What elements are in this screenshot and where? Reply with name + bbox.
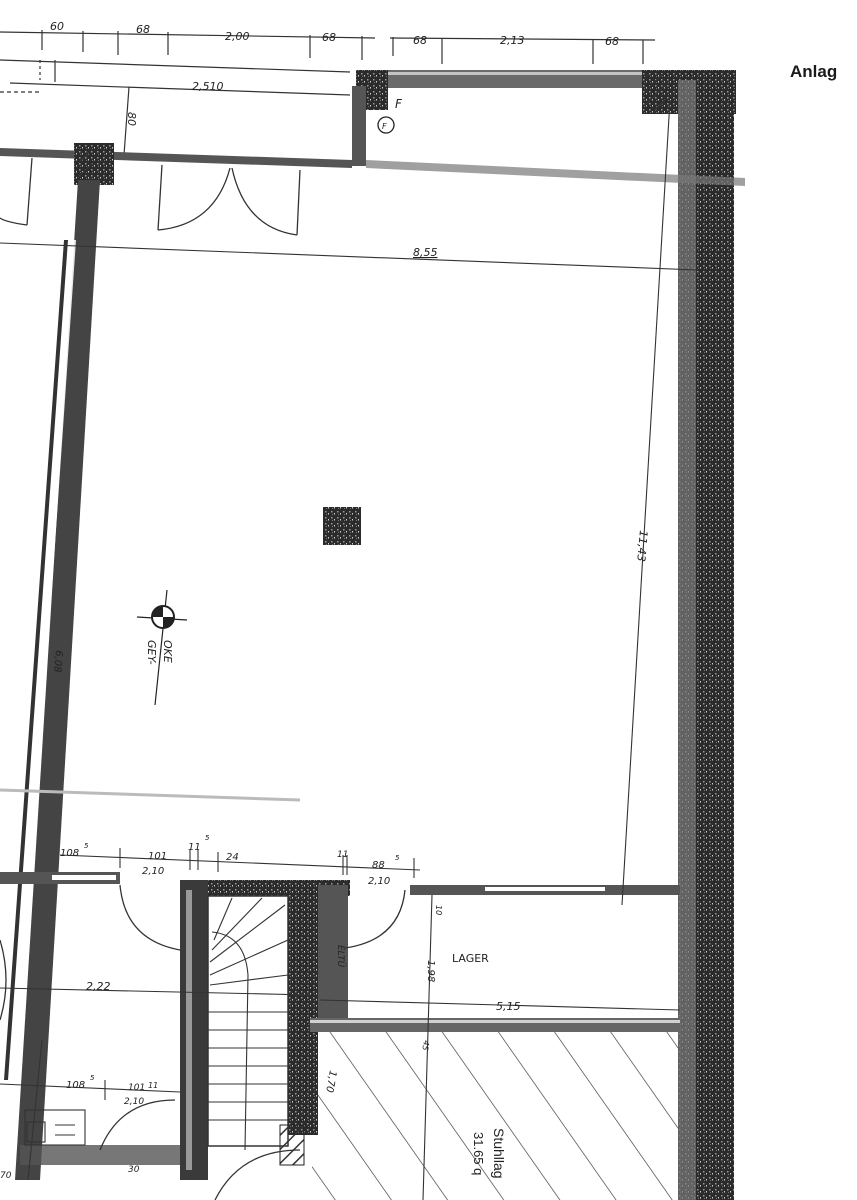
svg-text:5: 5 bbox=[395, 854, 400, 862]
svg-text:10: 10 bbox=[434, 905, 443, 915]
svg-text:ELTÜ: ELTÜ bbox=[335, 945, 346, 968]
svg-text:5,15: 5,15 bbox=[496, 1000, 521, 1013]
svg-text:108: 108 bbox=[60, 848, 79, 859]
svg-text:88: 88 bbox=[372, 860, 385, 871]
svg-text:68: 68 bbox=[413, 34, 427, 47]
walls bbox=[0, 70, 745, 1200]
svg-text:OKE: OKE bbox=[161, 640, 174, 663]
svg-text:2,10: 2,10 bbox=[124, 1097, 144, 1107]
left-wall-label: 6,08 bbox=[51, 650, 64, 673]
room-area-stuhllager: 31.65 q bbox=[471, 1132, 486, 1175]
svg-text:F: F bbox=[395, 97, 403, 111]
left-wall bbox=[15, 180, 100, 1180]
top-dimension-chain bbox=[0, 30, 655, 155]
svg-text:2,00: 2,00 bbox=[225, 30, 250, 43]
svg-text:2,13: 2,13 bbox=[500, 34, 525, 47]
svg-text:101: 101 bbox=[128, 1083, 145, 1093]
svg-text:24: 24 bbox=[226, 852, 239, 863]
svg-text:68: 68 bbox=[136, 23, 150, 36]
room-label-lager: LAGER bbox=[452, 952, 489, 965]
svg-text:68: 68 bbox=[322, 31, 336, 44]
svg-text:GEY-: GEY- bbox=[145, 640, 158, 665]
central-column bbox=[323, 507, 361, 545]
svg-text:68: 68 bbox=[605, 35, 619, 48]
svg-text:70: 70 bbox=[0, 1171, 12, 1181]
stair-left-wall bbox=[180, 880, 208, 1180]
corridor-wall bbox=[0, 148, 352, 168]
svg-text:5: 5 bbox=[90, 1074, 95, 1082]
svg-text:11: 11 bbox=[148, 1081, 158, 1090]
svg-text:2,10: 2,10 bbox=[368, 876, 390, 887]
svg-text:108: 108 bbox=[66, 1080, 85, 1091]
svg-text:2,22: 2,22 bbox=[86, 980, 111, 993]
svg-text:2,510: 2,510 bbox=[192, 80, 224, 93]
svg-text:5: 5 bbox=[84, 842, 89, 850]
staircase bbox=[208, 896, 288, 1150]
svg-text:1,98: 1,98 bbox=[425, 960, 436, 982]
wall-step bbox=[352, 86, 366, 166]
svg-text:30: 30 bbox=[128, 1165, 140, 1175]
svg-text:5: 5 bbox=[205, 834, 210, 842]
main-depth-label: 11,43 bbox=[634, 530, 650, 563]
svg-text:101: 101 bbox=[148, 851, 167, 862]
floor-plan: 60 68 2,00 68 68 2,13 68 2,510 80 bbox=[0, 0, 857, 1200]
svg-text:11: 11 bbox=[337, 850, 348, 860]
svg-text:11: 11 bbox=[188, 842, 201, 853]
svg-text:45: 45 bbox=[420, 1040, 431, 1052]
svg-text:2,10: 2,10 bbox=[142, 866, 164, 877]
main-width-label: 8,55 bbox=[413, 246, 438, 259]
room-label-stuhllager: Stuhllag bbox=[491, 1128, 507, 1179]
svg-text:60: 60 bbox=[50, 20, 64, 33]
svg-text:80: 80 bbox=[125, 112, 138, 126]
svg-text:F: F bbox=[382, 122, 387, 131]
